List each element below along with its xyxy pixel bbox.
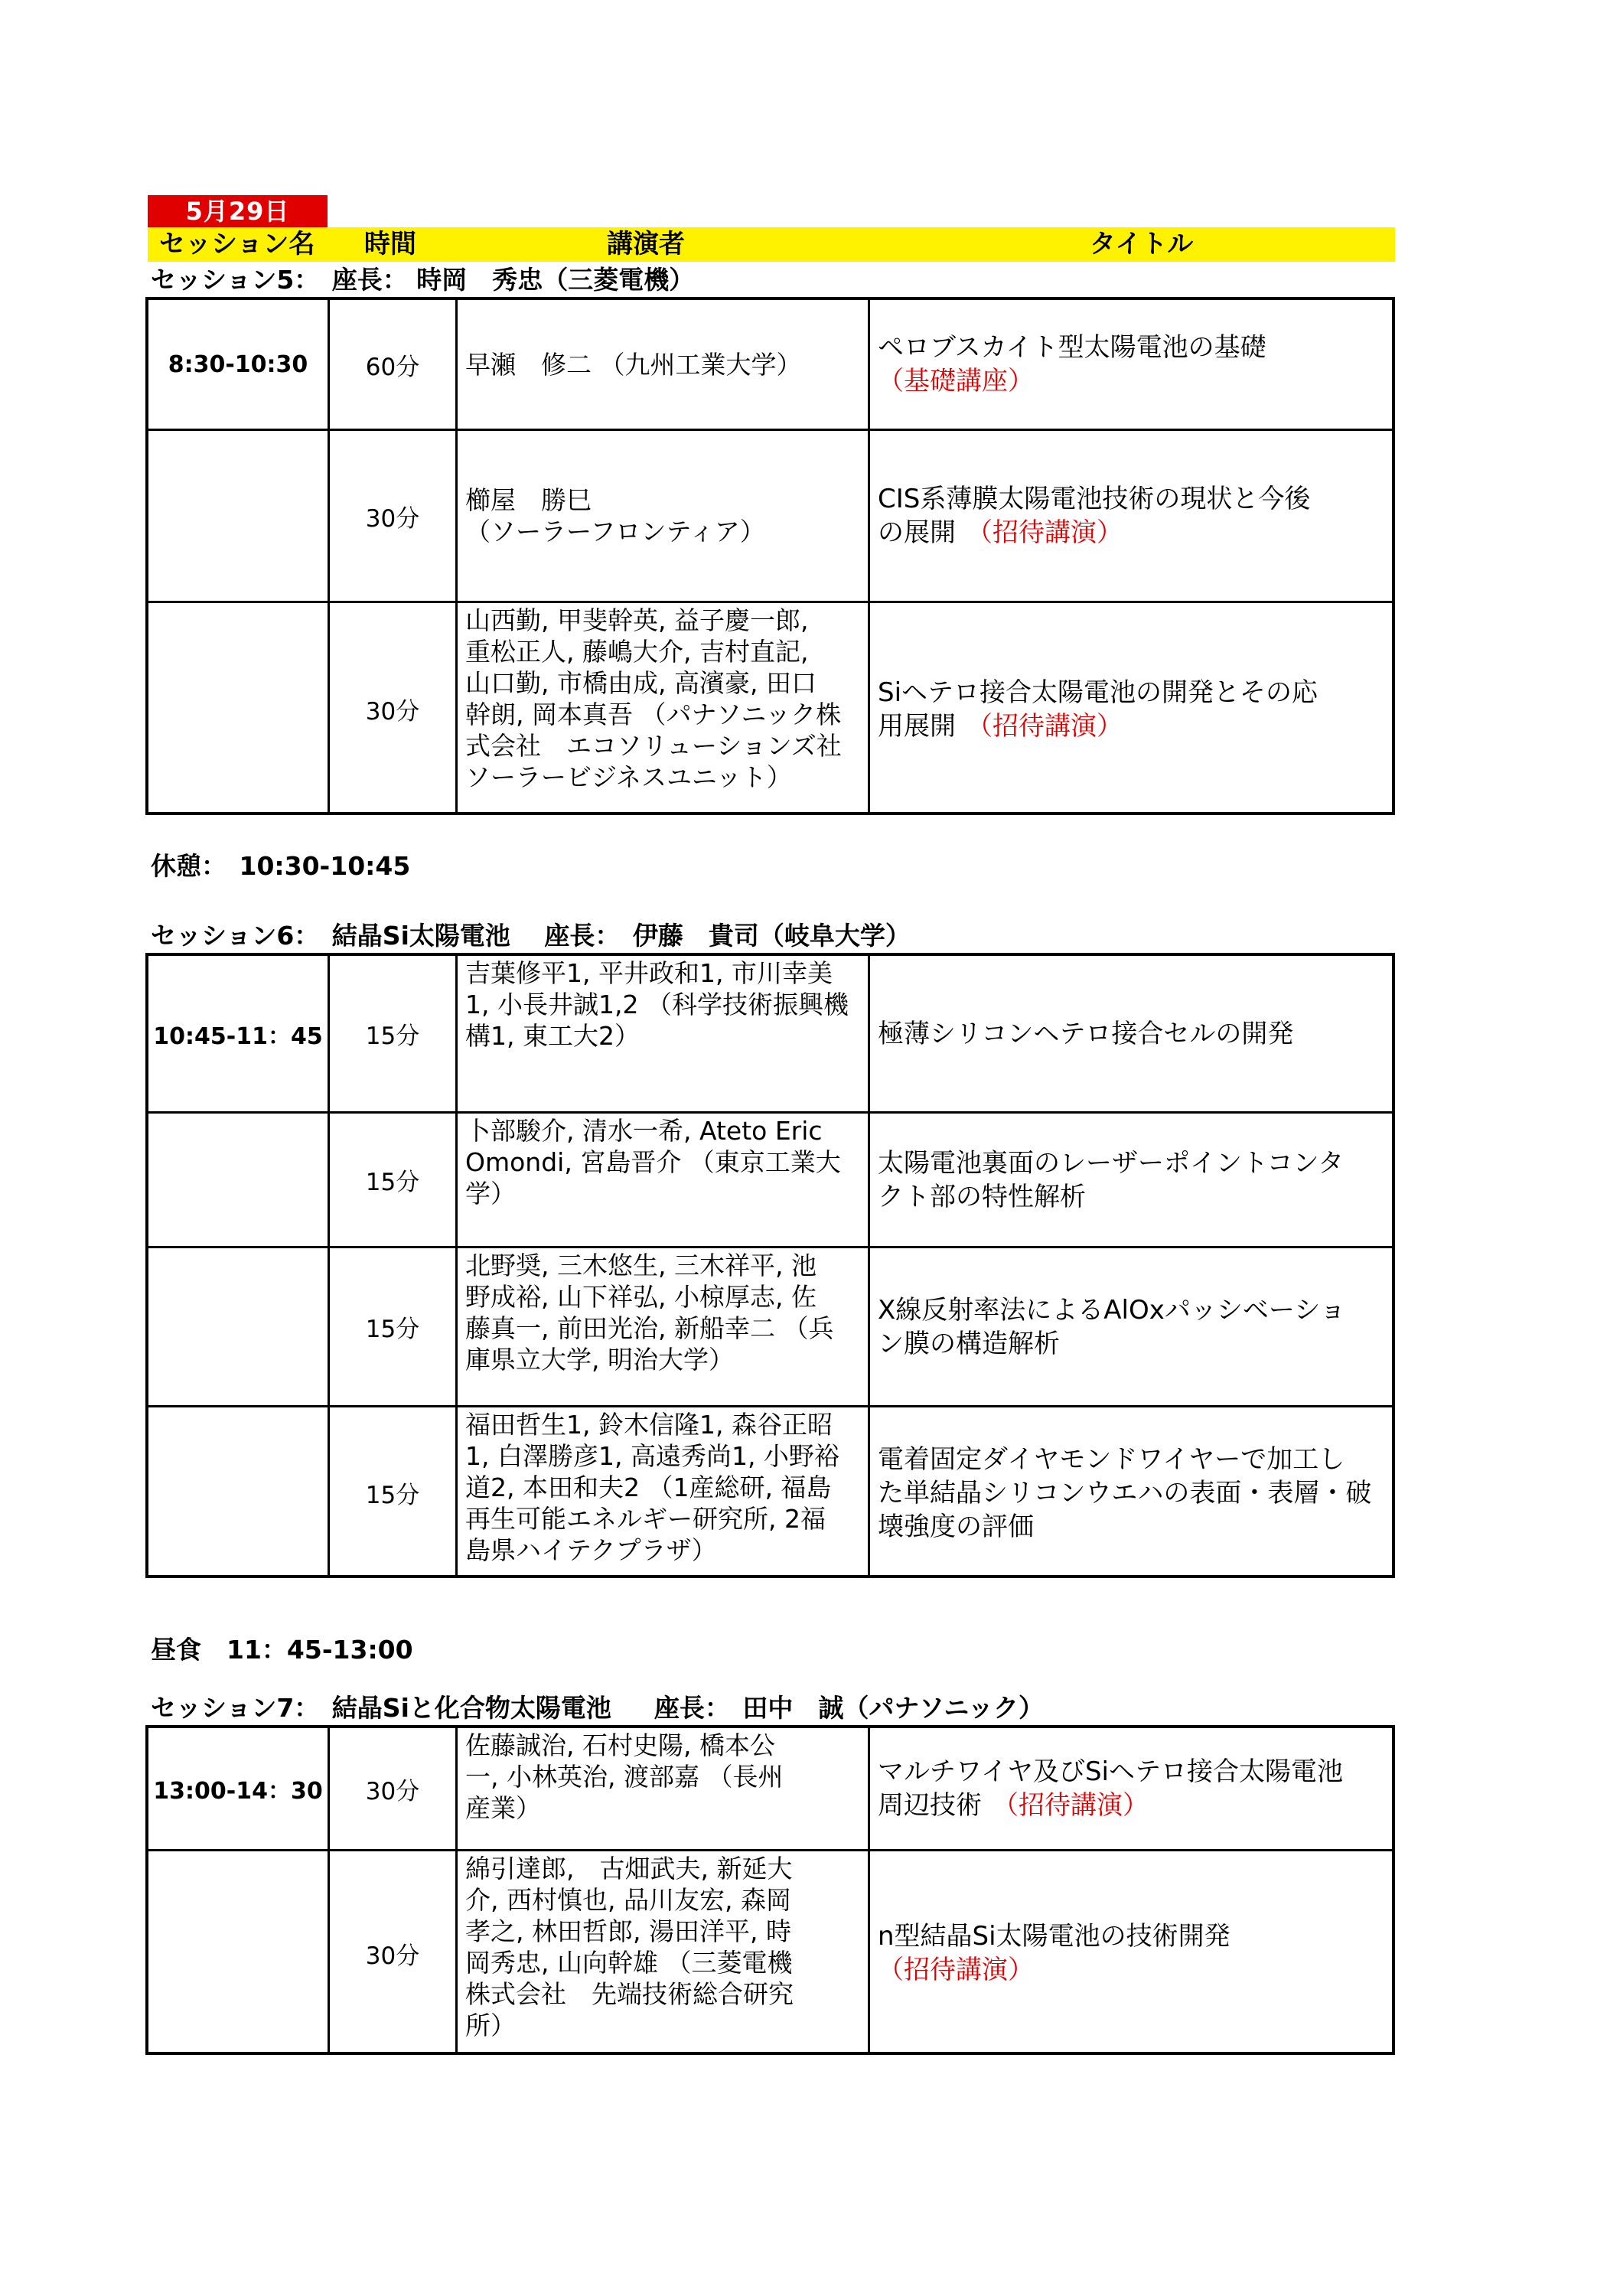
title-cell: n型結晶Si太陽電池の技術開発（招待講演） (870, 1851, 1392, 2055)
title-line: 壊強度の評価 (878, 1510, 1371, 1544)
title-text: Siヘテロ接合太陽電池の開発とその応 (878, 677, 1318, 708)
duration: 30分 (366, 692, 419, 726)
speaker-line: 1, 小長井誠1,2 （科学技術振興機 (465, 989, 849, 1020)
header-time: 時間 (364, 227, 416, 262)
title-line: 周辺技術（招待講演） (878, 1789, 1343, 1822)
speaker-line: ソーラービジネスユニット） (465, 762, 842, 793)
speaker-line: 再生可能エネルギー研究所, 2福 (465, 1503, 839, 1534)
table-row: 8:30-10:3060分早瀬 修二 （九州工業大学）ペロブスカイト型太陽電池の… (148, 300, 1392, 431)
invited-talk-tag: （招待講演） (966, 711, 1123, 742)
speaker-line: 島県ハイテクプラザ） (465, 1534, 839, 1566)
speaker-line: 櫛屋 勝巳 (465, 484, 765, 516)
title-line: 極薄シリコンヘテロ接合セルの開発 (878, 1017, 1293, 1051)
speaker-line: 所） (465, 2010, 794, 2041)
talk-type-tag: （招待講演） (878, 1953, 1230, 1987)
time-cell (148, 431, 330, 601)
speaker-line: 早瀬 修二 （九州工業大学） (465, 349, 802, 380)
time-cell (148, 1851, 330, 2055)
duration: 15分 (366, 1016, 419, 1051)
table-row: 30分山西勤, 甲斐幹英, 益子慶一郎,重松正人, 藤嶋大介, 吉村直記,山口勤… (148, 603, 1392, 815)
title-line: クト部の特性解析 (878, 1180, 1344, 1214)
time-range: 8:30-10:30 (168, 351, 308, 378)
title-text: 用展開 (878, 711, 956, 742)
title-text: X線反射率法によるAlOxパッシベーショ (878, 1295, 1346, 1326)
duration-cell: 60分 (330, 300, 458, 429)
title-text: CIS系薄膜太陽電池技術の現状と今後 (878, 484, 1310, 514)
speaker-cell: 櫛屋 勝巳（ソーラーフロンティア） (458, 431, 870, 601)
duration: 15分 (366, 1163, 419, 1197)
speaker-line: 幹朗, 岡本真吾 （パナソニック株 (465, 699, 842, 730)
time-cell (148, 603, 330, 815)
lunch-break-label: 昼食 11：45-13:00 (151, 1635, 413, 1665)
session-6-table: 10:45-11：4515分吉葉修平1, 平井政和1, 市川幸美1, 小長井誠1… (145, 953, 1395, 1578)
title-line: の展開（招待講演） (878, 516, 1310, 550)
time-range: 13:00-14：30 (153, 1772, 322, 1805)
time-cell (148, 1248, 330, 1405)
speaker-cell: 卜部駿介, 清水一希, Ateto EricOmondi, 宮島晋介 （東京工業… (458, 1114, 870, 1246)
speaker-line: Omondi, 宮島晋介 （東京工業大 (465, 1146, 841, 1178)
speaker-cell: 福田哲生1, 鈴木信隆1, 森谷正昭1, 白澤勝彦1, 高遠秀尚1, 小野裕道2… (458, 1407, 870, 1578)
invited-talk-tag: （招待講演） (966, 517, 1123, 548)
title-line: ン膜の構造解析 (878, 1327, 1346, 1361)
table-row: 15分北野奨, 三木悠生, 三木祥平, 池野成裕, 山下祥弘, 小椋厚志, 佐藤… (148, 1248, 1392, 1407)
title-line: た単結晶シリコンウエハの表面・表層・破 (878, 1476, 1371, 1510)
invited-talk-tag: （招待講演） (993, 1790, 1149, 1821)
speaker-line: 学） (465, 1178, 841, 1209)
session-7-table: 13:00-14：3030分佐藤誠治, 石村史陽, 橋本公一, 小林英治, 渡部… (145, 1725, 1395, 2055)
speaker-cell: 早瀬 修二 （九州工業大学） (458, 300, 870, 429)
talk-type-tag: （基礎講座） (878, 364, 1266, 398)
time-cell (148, 1407, 330, 1578)
title-cell: Siヘテロ接合太陽電池の開発とその応用展開（招待講演） (870, 603, 1392, 815)
title-text: 壊強度の評価 (878, 1512, 1034, 1542)
speaker-line: 産業） (465, 1792, 783, 1824)
title-line: 電着固定ダイヤモンドワイヤーで加工し (878, 1443, 1371, 1476)
speaker-line: 福田哲生1, 鈴木信隆1, 森谷正昭 (465, 1409, 839, 1440)
time-cell: 8:30-10:30 (148, 300, 330, 429)
title-text: マルチワイヤ及びSiヘテロ接合太陽電池 (878, 1756, 1343, 1787)
header-title: タイトル (1090, 227, 1193, 262)
speaker-line: 株式会社 先端技術総合研究 (465, 1978, 794, 2010)
title-cell: CIS系薄膜太陽電池技術の現状と今後の展開（招待講演） (870, 431, 1392, 601)
title-line: ペロブスカイト型太陽電池の基礎 (878, 331, 1266, 364)
title-line: X線反射率法によるAlOxパッシベーショ (878, 1293, 1346, 1327)
title-text: ン膜の構造解析 (878, 1329, 1060, 1359)
speaker-line: 構1, 東工大2） (465, 1020, 849, 1052)
header-session-name: セッション名 (159, 227, 315, 262)
speaker-line: 式会社 エコソリューションズ社 (465, 730, 842, 762)
speaker-line: 道2, 本田和夫2 （1産総研, 福島 (465, 1472, 839, 1503)
session-5-heading: セッション5： 座長： 時岡 秀忠（三菱電機） (151, 265, 694, 295)
title-line: 太陽電池裏面のレーザーポイントコンタ (878, 1146, 1344, 1180)
duration-cell: 15分 (330, 1407, 458, 1578)
date-badge: 5月29日 (148, 195, 328, 227)
header-speaker: 講演者 (607, 227, 685, 262)
time-cell: 13:00-14：30 (148, 1728, 330, 1849)
session-5-table: 8:30-10:3060分早瀬 修二 （九州工業大学）ペロブスカイト型太陽電池の… (145, 297, 1395, 815)
speaker-line: 吉葉修平1, 平井政和1, 市川幸美 (465, 957, 849, 989)
table-row: 13:00-14：3030分佐藤誠治, 石村史陽, 橋本公一, 小林英治, 渡部… (148, 1728, 1392, 1851)
title-cell: ペロブスカイト型太陽電池の基礎（基礎講座） (870, 300, 1392, 429)
title-line: マルチワイヤ及びSiヘテロ接合太陽電池 (878, 1755, 1343, 1789)
table-row: 30分櫛屋 勝巳（ソーラーフロンティア）CIS系薄膜太陽電池技術の現状と今後の展… (148, 431, 1392, 603)
duration-cell: 30分 (330, 431, 458, 601)
title-line: CIS系薄膜太陽電池技術の現状と今後 (878, 482, 1310, 516)
session-7-heading: セッション7： 結晶Siと化合物太陽電池 座長： 田中 誠（パナソニック） (151, 1693, 1044, 1724)
title-text: n型結晶Si太陽電池の技術開発 (878, 1921, 1230, 1952)
title-text: 周辺技術 (878, 1790, 982, 1821)
title-cell: 太陽電池裏面のレーザーポイントコンタクト部の特性解析 (870, 1114, 1392, 1246)
title-cell: マルチワイヤ及びSiヘテロ接合太陽電池周辺技術（招待講演） (870, 1728, 1392, 1849)
duration-cell: 30分 (330, 603, 458, 815)
title-text: 電着固定ダイヤモンドワイヤーで加工し (878, 1444, 1345, 1475)
table-row: 30分綿引達郎, 古畑武夫, 新延大介, 西村慎也, 品川友宏, 森岡孝之, 林… (148, 1851, 1392, 2055)
speaker-line: 綿引達郎, 古畑武夫, 新延大 (465, 1853, 794, 1884)
duration: 30分 (366, 1936, 419, 1971)
speaker-line: 一, 小林英治, 渡部嘉 （長州 (465, 1761, 783, 1792)
time-range: 10:45-11：45 (153, 1017, 322, 1051)
column-header-band: セッション名 時間 講演者 タイトル (148, 227, 1395, 262)
duration: 15分 (366, 1309, 419, 1344)
duration-cell: 15分 (330, 956, 458, 1111)
table-row: 10:45-11：4515分吉葉修平1, 平井政和1, 市川幸美1, 小長井誠1… (148, 956, 1392, 1114)
speaker-cell: 山西勤, 甲斐幹英, 益子慶一郎,重松正人, 藤嶋大介, 吉村直記,山口勤, 市… (458, 603, 870, 815)
speaker-line: 孝之, 林田哲郎, 湯田洋平, 時 (465, 1916, 794, 1947)
speaker-line: 介, 西村慎也, 品川友宏, 森岡 (465, 1884, 794, 1916)
speaker-line: 山西勤, 甲斐幹英, 益子慶一郎, (465, 605, 842, 636)
session-6-heading: セッション6： 結晶Si太陽電池 座長： 伊藤 貴司（岐阜大学） (151, 921, 911, 951)
title-text: た単結晶シリコンウエハの表面・表層・破 (878, 1478, 1371, 1508)
table-row: 15分福田哲生1, 鈴木信隆1, 森谷正昭1, 白澤勝彦1, 高遠秀尚1, 小野… (148, 1407, 1392, 1578)
duration-cell: 15分 (330, 1114, 458, 1246)
title-text: の展開 (878, 517, 956, 548)
speaker-cell: 佐藤誠治, 石村史陽, 橋本公一, 小林英治, 渡部嘉 （長州産業） (458, 1728, 870, 1849)
title-line: 用展開（招待講演） (878, 709, 1318, 743)
title-line: Siヘテロ接合太陽電池の開発とその応 (878, 676, 1318, 709)
duration: 30分 (366, 1772, 419, 1806)
title-text: クト部の特性解析 (878, 1182, 1086, 1212)
speaker-cell: 吉葉修平1, 平井政和1, 市川幸美1, 小長井誠1,2 （科学技術振興機構1,… (458, 956, 870, 1111)
duration-cell: 30分 (330, 1728, 458, 1849)
duration-cell: 15分 (330, 1248, 458, 1405)
speaker-line: 岡秀忠, 山向幹雄 （三菱電機 (465, 1947, 794, 1978)
speaker-line: 1, 白澤勝彦1, 高遠秀尚1, 小野裕 (465, 1440, 839, 1472)
title-cell: 電着固定ダイヤモンドワイヤーで加工した単結晶シリコンウエハの表面・表層・破壊強度… (870, 1407, 1392, 1578)
duration-cell: 30分 (330, 1851, 458, 2055)
duration: 15分 (366, 1476, 419, 1510)
speaker-line: （ソーラーフロンティア） (465, 516, 765, 547)
speaker-line: 北野奨, 三木悠生, 三木祥平, 池 (465, 1250, 833, 1281)
time-cell: 10:45-11：45 (148, 956, 330, 1111)
title-text: 太陽電池裏面のレーザーポイントコンタ (878, 1148, 1344, 1179)
rest-break-label: 休憩： 10:30-10:45 (151, 851, 410, 882)
title-line: n型結晶Si太陽電池の技術開発 (878, 1919, 1230, 1953)
time-cell (148, 1114, 330, 1246)
speaker-line: 卜部駿介, 清水一希, Ateto Eric (465, 1115, 841, 1146)
speaker-line: 山口勤, 市橋由成, 高濱豪, 田口 (465, 667, 842, 699)
speaker-line: 重松正人, 藤嶋大介, 吉村直記, (465, 636, 842, 667)
speaker-line: 藤真一, 前田光治, 新船幸二 （兵 (465, 1313, 833, 1344)
table-row: 15分卜部駿介, 清水一希, Ateto EricOmondi, 宮島晋介 （東… (148, 1114, 1392, 1248)
speaker-line: 野成裕, 山下祥弘, 小椋厚志, 佐 (465, 1281, 833, 1313)
title-cell: 極薄シリコンヘテロ接合セルの開発 (870, 956, 1392, 1111)
speaker-line: 庫県立大学, 明治大学） (465, 1344, 833, 1375)
speaker-cell: 綿引達郎, 古畑武夫, 新延大介, 西村慎也, 品川友宏, 森岡孝之, 林田哲郎… (458, 1851, 870, 2055)
duration: 30分 (366, 499, 419, 533)
duration: 60分 (366, 347, 419, 382)
speaker-cell: 北野奨, 三木悠生, 三木祥平, 池野成裕, 山下祥弘, 小椋厚志, 佐藤真一,… (458, 1248, 870, 1405)
speaker-line: 佐藤誠治, 石村史陽, 橋本公 (465, 1730, 783, 1761)
title-text: 極薄シリコンヘテロ接合セルの開発 (878, 1019, 1293, 1049)
title-cell: X線反射率法によるAlOxパッシベーション膜の構造解析 (870, 1248, 1392, 1405)
title-text: ペロブスカイト型太陽電池の基礎 (878, 332, 1266, 363)
